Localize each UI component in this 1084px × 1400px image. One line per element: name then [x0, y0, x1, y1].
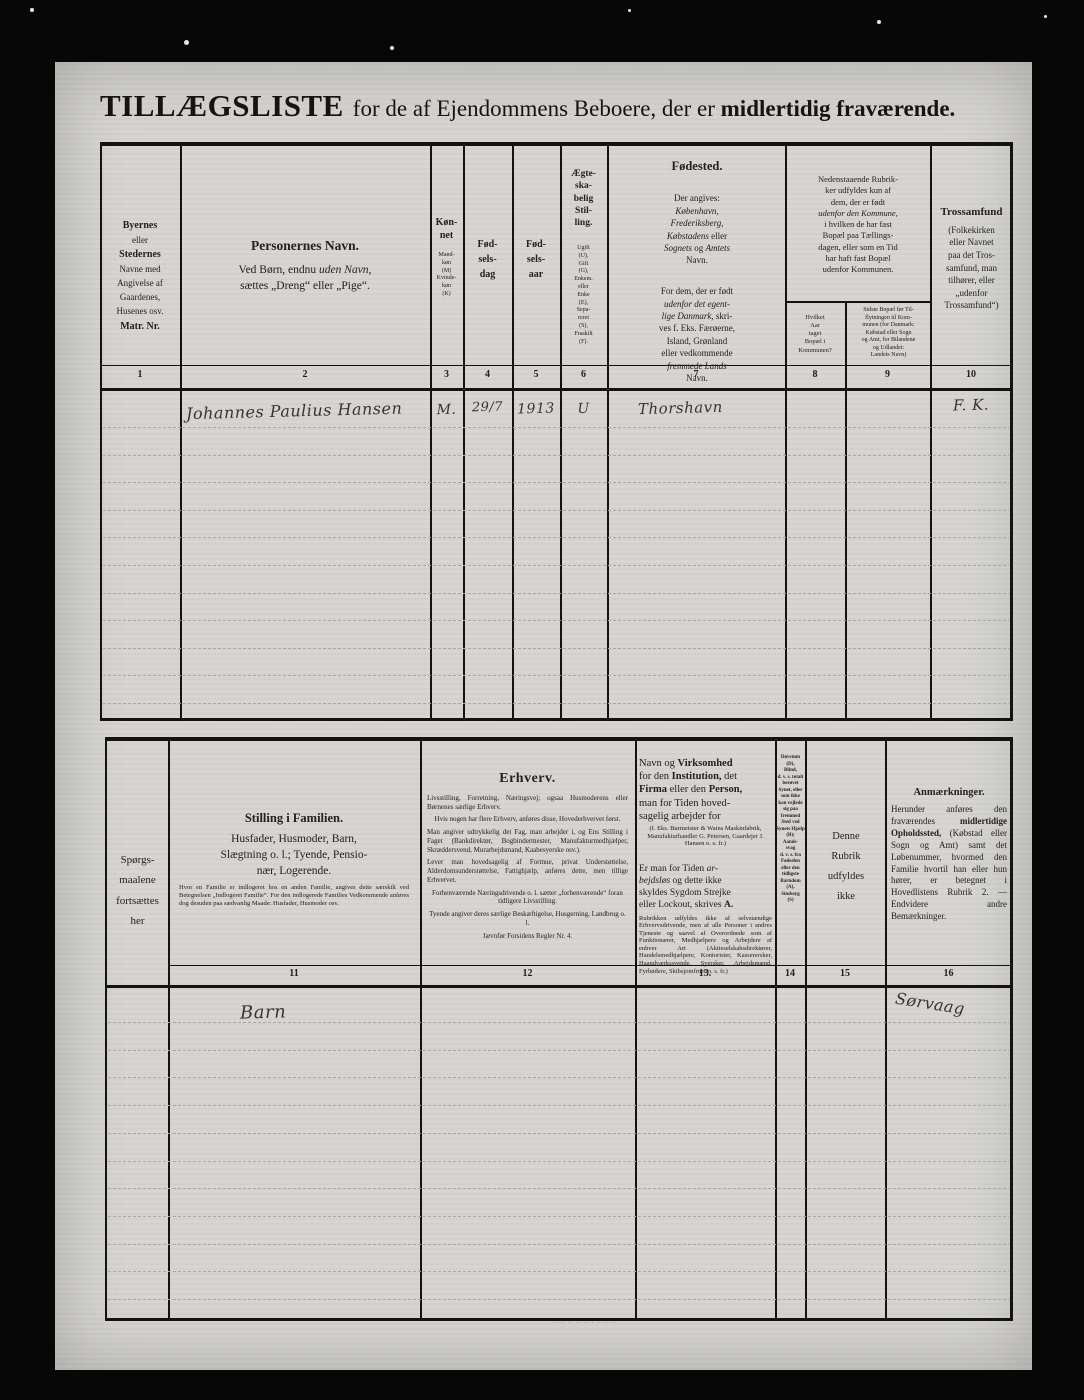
row1-religion-value: F. K. — [930, 395, 1012, 415]
header-text: Byernes — [103, 218, 177, 234]
col-header-sex: Køn- net — [431, 217, 462, 242]
col-number: 2 — [180, 369, 430, 380]
header-text: Virksomhed — [678, 758, 733, 769]
table2-divider — [420, 737, 422, 1321]
table1-divider-8-9 — [845, 301, 847, 721]
film-speck — [184, 40, 189, 45]
col-number: 12 — [420, 968, 635, 979]
faint-row-rule — [108, 1271, 1009, 1272]
faint-row-rule — [108, 1022, 1009, 1023]
col-header-marital: Ægte- ska- belig Stil- ling. — [561, 168, 606, 230]
header-text: Tyende angiver deres særlige Beskæftigel… — [427, 910, 628, 928]
header-text: Er man for Tiden — [639, 864, 707, 874]
faint-row-rule — [103, 482, 1009, 483]
faint-row-rule — [103, 620, 1009, 621]
header-text: Matr. Nr. — [103, 319, 177, 335]
page-title: TILLÆGSLISTEfor de af Ejendommens Beboer… — [100, 88, 1012, 124]
header-text: Stedernes — [103, 247, 177, 263]
faint-row-rule — [108, 1299, 1009, 1300]
table1-divider — [607, 142, 609, 721]
header-text: i hvilken de har fast Bopæl paa Tællings… — [818, 219, 898, 274]
col-header-religion: Trossamfund (Folkekirken eller Navnet pa… — [933, 205, 1010, 312]
col-header-place: Byernes eller Stedernes Navne med Angive… — [103, 218, 177, 334]
col-number: 6 — [560, 369, 607, 380]
col-number: 9 — [845, 369, 930, 380]
table1-right-border — [1010, 142, 1013, 721]
col-header-last-residence: Sidste Bopæl før Til- flytningen til Kom… — [848, 307, 929, 360]
header-text: (Folkekirken eller Navnet paa det Tros- … — [933, 224, 1010, 312]
header-text: eller den — [667, 784, 709, 795]
paper: TILLÆGSLISTEfor de af Ejendommens Beboer… — [55, 62, 1032, 1370]
page-title-lead: TILLÆGSLISTE — [100, 88, 344, 123]
col-header-name: Personernes Navn. Ved Børn, endnu uden N… — [185, 237, 425, 294]
row1-birthyear-value: 1913 — [512, 400, 560, 417]
header-text: uden Navn, — [319, 264, 371, 276]
page-title-bold: midlertidig fraværende. — [721, 96, 956, 121]
faint-row-rule — [103, 648, 1009, 649]
faint-row-rule — [108, 1244, 1009, 1245]
header-text: Person, — [709, 784, 743, 795]
header-text: Sognets — [664, 243, 692, 253]
header-text: (Købstad eller Sogn og Amt) samt det Løb… — [891, 828, 1007, 921]
table1-divider — [180, 142, 182, 721]
col-header-disabilities: Døvstum (D), Blind, d. v. s. totalt berø… — [776, 755, 805, 905]
row1-birthday-value: 29/7 — [463, 399, 512, 415]
header-text: Forhenværende Næringsdrivende o. l. sætt… — [427, 889, 628, 907]
scan-background: { "page": { "title_lead": "TILLÆGSLISTE"… — [0, 0, 1084, 1400]
header-text: Hvor en Familie er indlogeret hos en and… — [175, 884, 413, 908]
col-header-birthday: Fød- sels- dag — [464, 237, 511, 282]
col-header-family-position: Stilling i Familien. Husfader, Husmoder,… — [175, 810, 413, 909]
col-number: 4 — [463, 369, 512, 380]
table2-divider — [168, 737, 170, 1321]
film-speck — [877, 20, 881, 24]
col-number: 1 — [100, 369, 180, 380]
table1-left-border — [100, 142, 102, 721]
row1-marital-value: U — [560, 400, 607, 417]
faint-row-rule — [103, 593, 1009, 594]
col-number: 5 — [512, 369, 560, 380]
header-title: Personernes Navn. — [185, 237, 425, 255]
col-number: 3 — [430, 369, 463, 380]
faint-row-rule — [103, 510, 1009, 511]
col-number: 7 — [607, 369, 785, 380]
header-title: Fødested. — [611, 158, 783, 175]
header-text: Amtets — [706, 243, 731, 253]
page-title-rest: for de af Ejendommens Beboere, der er — [353, 96, 715, 121]
col-header-occupation: Erhverv. Livsstilling, Forretning, Nærin… — [427, 770, 628, 940]
header-text: Husfader, Husmoder, Barn, Slægtning o. l… — [175, 831, 413, 879]
col-number: 10 — [930, 369, 1012, 380]
row1-birthplace-value: Thorshavn — [638, 398, 723, 418]
header-text: (f. Eks. Burmeister & Wains Maskinfabrik… — [639, 825, 772, 848]
table1-bottom-border — [100, 718, 1013, 721]
header-text: udenfor den Kommune, — [818, 208, 898, 218]
col-number: 14 — [775, 968, 805, 979]
col-header-sex-codes: Mand- køn (M) Kvinde- køn (K) — [431, 252, 462, 299]
header-text: Navn og — [639, 758, 678, 769]
table1-subheader-rule-col8-9 — [785, 301, 930, 303]
table1-divider — [930, 142, 932, 721]
header-text: Gaardenes, — [103, 291, 177, 305]
col-number: 15 — [805, 968, 885, 979]
faint-row-rule — [103, 675, 1009, 676]
faint-row-rule — [103, 427, 1009, 428]
faint-row-rule — [108, 1188, 1009, 1189]
header-text: eller — [103, 234, 177, 248]
table2-header-bottom-border — [105, 985, 1013, 988]
header-text: Firma — [639, 784, 667, 795]
table1-divider — [785, 142, 787, 721]
faint-row-rule — [103, 537, 1009, 538]
col-header-marital-codes: Ugift (U), Gift (G), Enkem. eller Enke (… — [561, 245, 606, 346]
table2-top-border — [105, 737, 1013, 741]
header-text: Angivelse af — [103, 277, 177, 291]
header-text: Rubrikken udfyldes ikke af selvstændige … — [639, 915, 772, 976]
header-text: Ved Børn, endnu — [239, 264, 320, 276]
faint-row-rule — [108, 1050, 1009, 1051]
header-text: For dem, der er født — [661, 286, 733, 296]
header-title: Anmærkninger. — [891, 786, 1007, 800]
film-speck — [390, 46, 394, 50]
table2-divider — [805, 737, 807, 1321]
header-text: Der angives: — [674, 193, 720, 203]
header-text: Livsstilling, Forretning, Næringsvej; og… — [427, 794, 628, 812]
header-text: Man angiver udtrykkelig det Fag, man arb… — [427, 828, 628, 854]
col-header-year-moved: Hvilket Aar taget Bopæl i Kommunen? — [787, 314, 843, 355]
continuation-label: Spørgs- maalene fortsættes her — [107, 850, 168, 931]
col-number: 13. — [635, 968, 775, 979]
faint-row-rule — [108, 1105, 1009, 1106]
col-number: 11 — [168, 968, 420, 979]
header-text: for den — [639, 771, 672, 782]
header-text: Navne med — [103, 263, 177, 277]
faint-row-rule — [108, 1161, 1009, 1162]
table1-header-bottom-border — [100, 388, 1013, 391]
table1-divider — [512, 142, 514, 721]
header-text: Jævnfør Forsidens Regler Nr. 4. — [427, 932, 628, 941]
row1-sex-value: M. — [430, 402, 463, 419]
col-number: 16 — [885, 968, 1012, 979]
table2-right-border — [1010, 737, 1013, 1321]
header-text: A. — [724, 900, 733, 910]
header-text: Navn. — [686, 255, 708, 265]
header-text: Husenes osv. — [103, 305, 177, 319]
table2-divider — [635, 737, 637, 1321]
header-text: det — [722, 771, 737, 782]
header-text: sættes „Dreng“ eller „Pige“. — [185, 279, 425, 295]
col-header-birthplace: Fødested. Der angives: København, Freder… — [611, 158, 783, 384]
col-header-employer: Navn og Virksomhed for den Institution, … — [639, 744, 772, 975]
col-header-birthyear: Fød- sels- aar — [513, 237, 559, 282]
film-speck — [628, 9, 631, 12]
row1-family-position-value: Barn — [240, 1001, 287, 1023]
faint-row-rule — [108, 1077, 1009, 1078]
col-header-remarks: Anmærkninger. Herunder anføres den fravæ… — [891, 786, 1007, 923]
header-text: Nedenstaaende Rubrik- ker udfyldes kun a… — [818, 174, 898, 206]
row1-remark-value: Sørvaag — [894, 989, 966, 1019]
faint-row-rule — [103, 565, 1009, 566]
table1-number-row-top-rule — [100, 365, 1013, 366]
col-header-residence-group: Nedenstaaende Rubrik- ker udfyldes kun a… — [788, 163, 928, 275]
header-text: og — [692, 243, 706, 253]
col-header-not-filled: Denne Rubrik udfyldes ikke — [807, 827, 885, 907]
header-text: man for Tiden hoved- sagelig arbejder fo… — [639, 798, 730, 822]
faint-row-rule — [103, 455, 1009, 456]
header-title: Erhverv. — [427, 770, 628, 789]
header-text: Hvis nogen har flere Erhverv, anføres di… — [427, 815, 628, 824]
faint-row-rule — [108, 1133, 1009, 1134]
table1-divider — [463, 142, 465, 721]
header-text: Institution, — [672, 771, 722, 782]
faint-row-rule — [103, 703, 1009, 704]
table1-top-border — [100, 142, 1013, 146]
table2-divider — [885, 737, 887, 1321]
header-title: Trossamfund — [933, 205, 1010, 220]
printer-imprint: ····· ·· ······· ········ — [510, 1321, 660, 1326]
table2-left-border — [105, 737, 107, 1321]
header-text: Lever man hovedsagelig af Formue, privat… — [427, 858, 628, 884]
row1-name-value: Johannes Paulius Hansen — [186, 398, 430, 423]
film-speck — [1044, 15, 1047, 18]
faint-row-rule — [108, 1216, 1009, 1217]
header-title: Stilling i Familien. — [175, 810, 413, 827]
header-text: eller — [709, 231, 727, 241]
col-number: 8 — [785, 369, 845, 380]
film-speck — [30, 8, 34, 12]
